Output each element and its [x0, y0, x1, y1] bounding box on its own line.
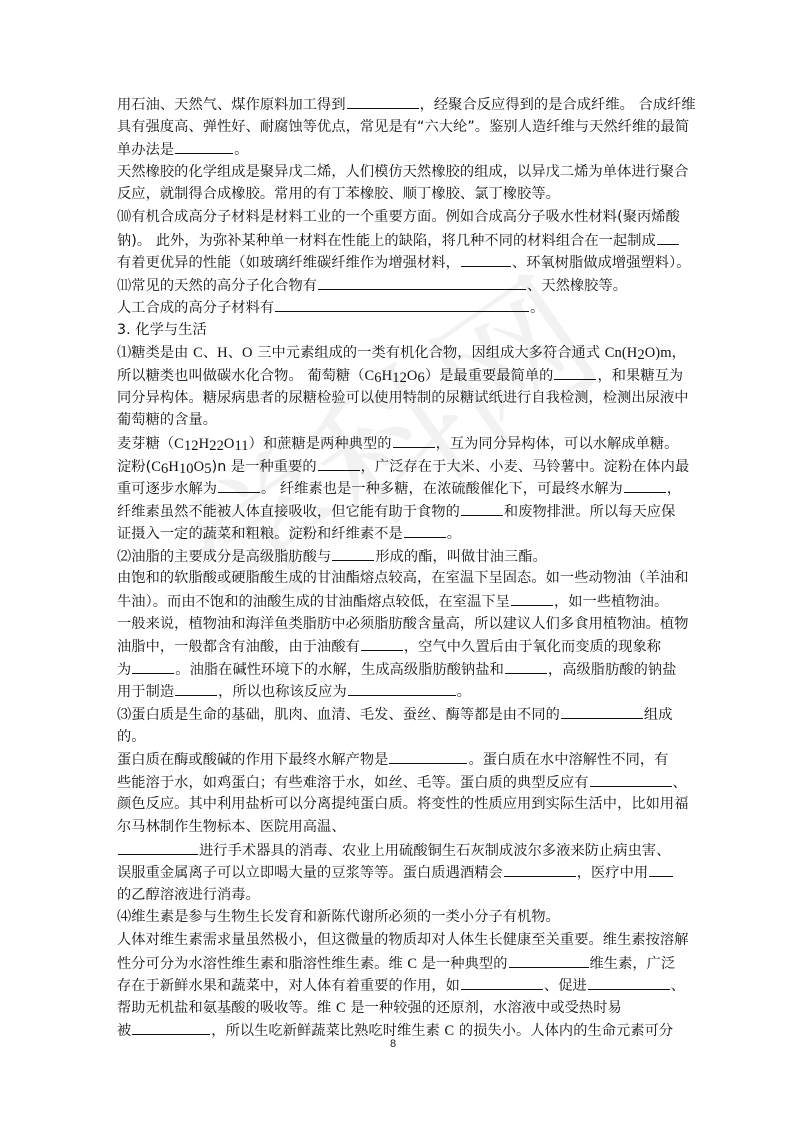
fill-in-blank[interactable] — [361, 635, 403, 651]
text-line: 进行手术器具的消毒、农业上用硫酸铜生石灰制成波尔多液来防止病虫害、 — [117, 839, 677, 862]
fill-in-blank[interactable] — [461, 500, 503, 516]
text-segment: 、 — [203, 345, 217, 361]
text-segment: 人体对维生素需求量虽然极小，但这微量的物质却对人体生长健康至关重要。维生素按溶解 — [117, 932, 689, 948]
formula-text: Cn(H — [605, 345, 638, 361]
fill-in-blank[interactable] — [118, 839, 198, 855]
text-segment: 钠)。 此外，为弥补某种单一材料在性能上的缺陷，将几种不同的材料组合在一起制成 — [117, 233, 656, 249]
text-segment: 是一种较强的还原剂，水溶液中或受热时易 — [346, 1000, 622, 1016]
text-line: 纤维素虽然不能被人体直接吸收，但它能有助于食物的和废物排泄。所以每天应保 — [117, 500, 677, 523]
text-line: 为。油脂在碱性环境下的水解，生成高级脂肪酸钠盐和，高级脂肪酸的钠盐 — [117, 658, 677, 681]
text-segment: 存在于新鲜水果和蔬菜中，对人体有着重要的作用，如 — [117, 978, 460, 994]
text-line: 尔马林制作生物标本、医院用高温、 — [117, 816, 677, 839]
fill-in-blank[interactable] — [511, 590, 553, 606]
text-segment: 的损失小。人体内的生命元素可分 — [454, 1023, 673, 1039]
text-line: 颜色反应。其中利用盐析可以分离提纯蛋白质。将变性的性质应用到实际生活中，比如用福 — [117, 793, 677, 816]
text-segment: 。 — [457, 684, 471, 700]
text-segment: 三中元素组成的一类有机化合物，因组成大多符合通式 — [253, 345, 605, 361]
subscript: 12 — [184, 438, 199, 454]
text-segment: ）是最重要最简单的 — [425, 368, 554, 384]
text-segment: 些能溶于水，如鸡蛋白；有些难溶于水，如丝、毛等。蛋白质的典型反应有 — [117, 775, 589, 791]
formula-text: O — [194, 459, 205, 475]
formula-text: O — [407, 368, 418, 384]
text-line: 有着更优异的性能（如玻璃纤维碳纤维作为增强材料，、环氧树脂做成增强塑料）。 — [117, 251, 677, 274]
formula-text: C — [174, 436, 184, 452]
text-line: 同分异构体。糖尿病患者的尿糖检验可以使用特制的尿糖试纸进行自我检测，检测出尿液中 — [117, 387, 677, 410]
text-segment: ，如一些植物油。 — [554, 594, 668, 610]
text-line: 用于制造，所以也称该反应为。 — [117, 680, 677, 703]
fill-in-blank[interactable] — [588, 974, 670, 990]
text-line: 的。 — [117, 726, 677, 749]
fill-in-blank[interactable] — [561, 703, 643, 719]
text-line: ⑵油脂的主要成分是高级脂肪酸与形成的酯，叫做甘油三酯。 — [117, 545, 677, 568]
formula-text: C — [193, 345, 203, 361]
text-segment: 牛油）。而由不饱和的油酸生成的甘油酯熔点较低，在室温下呈 — [117, 594, 510, 610]
document-page: 学科网 用石油、天然气、煤作原料加工得到，经聚合反应得到的是合成纤维。 合成纤维… — [0, 0, 793, 1122]
text-segment: 的乙醇溶液进行消毒。 — [117, 887, 260, 903]
text-segment: ，经聚合反应得到的是合成纤维。 合成纤维 — [420, 97, 696, 113]
subscript: 22 — [209, 438, 224, 454]
text-segment: 具有强度高、弹性好、耐腐蚀等优点，常见是有“六大纶”。鉴别人造纤维与天然纤维的最… — [117, 119, 689, 135]
text-line: 的乙醇溶液进行消毒。 — [117, 884, 677, 907]
text-segment: ，所以生吃新鲜蔬菜比熟吃时维生素 — [211, 1023, 444, 1039]
subscript: 11 — [235, 438, 249, 454]
text-line: 牛油）。而由不饱和的油酸生成的甘油酯熔点较低，在室温下呈，如一些植物油。 — [117, 590, 677, 613]
fill-in-blank[interactable] — [175, 680, 217, 696]
text-segment: ，广泛存在于大米、小麦、马铃薯中。淀粉在体内最 — [361, 459, 690, 475]
text-segment: 同分异构体。糖尿病患者的尿糖检验可以使用特制的尿糖试纸进行自我检测，检测出尿液中 — [117, 390, 689, 406]
fill-in-blank[interactable] — [509, 952, 589, 968]
fill-in-blank[interactable] — [389, 748, 467, 764]
text-segment: 麦芽糖（ — [117, 436, 174, 452]
text-segment: 组成 — [644, 707, 673, 723]
text-segment: 被 — [117, 1023, 131, 1039]
text-segment: ，空气中久置后由于氧化而变质的现象称 — [404, 639, 661, 655]
text-line: 葡萄糖的含量。 — [117, 409, 677, 432]
text-line: 单办法是。 — [117, 138, 677, 161]
fill-in-blank[interactable] — [132, 658, 174, 674]
text-segment: 天然橡胶的化学组成是聚异戊二烯，人们模仿天然橡胶的组成，以异戊二烯为单体进行聚合 — [117, 164, 689, 180]
text-segment: ， — [672, 345, 686, 361]
formula-text: H — [217, 345, 228, 361]
page-body-text: 用石油、天然气、煤作原料加工得到，经聚合反应得到的是合成纤维。 合成纤维具有强度… — [117, 93, 677, 1042]
fill-in-blank[interactable] — [275, 296, 529, 312]
text-segment: ，互为同分异构体，可以水解成单糖。 — [436, 436, 679, 452]
text-line: 蛋白质在酶或酸碱的作用下最终水解产物是。蛋白质在水中溶解性不同，有 — [117, 748, 677, 771]
text-line: ⑽有机合成高分子材料是材料工业的一个重要方面。例如合成高分子吸水性材料(聚丙烯酸 — [117, 206, 677, 229]
formula-text: H — [168, 459, 179, 475]
text-segment: 用石油、天然气、煤作原料加工得到 — [117, 97, 346, 113]
text-segment: 人工合成的高分子材料有 — [117, 300, 274, 316]
formula-text: O — [242, 345, 253, 361]
text-segment: 重可逐步水解为 — [117, 481, 217, 497]
text-segment: ⑴糖类是由 — [117, 345, 193, 361]
text-line: 重可逐步水解为。 纤维素也是一种多糖，在浓硫酸催化下，可最终水解为， — [117, 477, 677, 500]
page-number: 8 — [390, 1038, 396, 1050]
text-line: 性分可分为水溶性维生素和脂溶性维生素。维 C 是一种典型的维生素，广泛 — [117, 952, 677, 975]
text-segment: )n 是一种重要的 — [212, 459, 317, 475]
text-segment: 维生素，广泛 — [590, 956, 676, 972]
text-segment: 证摄入一定的蔬菜和粗粮。淀粉和纤维素不是 — [117, 526, 403, 542]
text-segment: 反应，就制得合成橡胶。常用的有丁苯橡胶、顺丁橡胶、氯丁橡胶等。 — [117, 186, 560, 202]
text-line: 被，所以生吃新鲜蔬菜比熟吃时维生素 C 的损失小。人体内的生命元素可分 — [117, 1019, 677, 1042]
fill-in-blank[interactable] — [461, 251, 511, 267]
text-segment: 、 — [673, 775, 687, 791]
text-segment: 进行手术器具的消毒、农业上用硫酸铜生石灰制成波尔多液来防止病虫害、 — [199, 843, 671, 859]
fill-in-blank[interactable] — [590, 771, 672, 787]
text-segment: 一般来说，植物油和海洋鱼类脂肪中必须脂肪酸含量高，所以建议人们多食用植物油。植物 — [117, 616, 689, 632]
text-line: ⑴糖类是由 C、H、O 三中元素组成的一类有机化合物，因组成大多符合通式 Cn(… — [117, 342, 677, 365]
text-segment: 单办法是 — [117, 142, 174, 158]
text-segment: 纤维素虽然不能被人体直接吸收，但它能有助于食物的 — [117, 504, 460, 520]
fill-in-blank[interactable] — [318, 274, 526, 290]
text-segment: ，医疗中用 — [577, 865, 648, 881]
text-line: 用石油、天然气、煤作原料加工得到，经聚合反应得到的是合成纤维。 合成纤维 — [117, 93, 677, 116]
subscript: 2 — [637, 347, 644, 363]
formula-text: C — [336, 1000, 346, 1016]
text-line: 麦芽糖（C12H22O11）和蔗糖是两种典型的，互为同分异构体，可以水解成单糖。 — [117, 432, 677, 455]
text-segment: 形成的酯，叫做甘油三酯。 — [375, 549, 546, 565]
text-line: 天然橡胶的化学组成是聚异戊二烯，人们模仿天然橡胶的组成，以异戊二烯为单体进行聚合 — [117, 161, 677, 184]
text-segment: 性分可分为水溶性维生素和脂溶性维生素。维 — [117, 956, 407, 972]
text-segment: ）和蔗糖是两种典型的 — [249, 436, 392, 452]
text-segment: 。 — [234, 142, 248, 158]
text-segment: ⑷维生素是参与生物生长发育和新陈代谢所必须的一类小分子有机物。 — [117, 909, 560, 925]
fill-in-blank[interactable] — [332, 545, 374, 561]
text-line: 具有强度高、弹性好、耐腐蚀等优点，常见是有“六大纶”。鉴别人造纤维与天然纤维的最… — [117, 116, 677, 139]
text-segment: 3. 化学与生活 — [117, 322, 207, 338]
text-line: ⑶蛋白质是生命的基础，肌肉、血清、毛发、蚕丝、酶等都是由不同的组成 — [117, 703, 677, 726]
text-line: 油脂中，一般都含有油酸，由于油酸有，空气中久置后由于氧化而变质的现象称 — [117, 635, 677, 658]
text-segment: 。蛋白质在水中溶解性不同，有 — [468, 752, 668, 768]
text-segment: 、 — [671, 978, 685, 994]
formula-text: O — [224, 436, 235, 452]
text-segment: ，高级脂肪酸的钠盐 — [548, 662, 677, 678]
fill-in-blank[interactable] — [175, 138, 233, 154]
text-segment: 、天然橡胶等。 — [527, 278, 627, 294]
fill-in-blank[interactable] — [347, 93, 419, 109]
text-segment: 油脂中，一般都含有油酸，由于油酸有 — [117, 639, 360, 655]
text-line: 淀粉(C6H10O5)n 是一种重要的，广泛存在于大米、小麦、马铃薯中。淀粉在体… — [117, 455, 677, 478]
text-segment: 、 — [228, 345, 242, 361]
text-line: 钠)。 此外，为弥补某种单一材料在性能上的缺陷，将几种不同的材料组合在一起制成 — [117, 229, 677, 252]
formula-text: C — [365, 368, 375, 384]
text-segment: ⑾常见的天然的高分子化合物有 — [117, 278, 317, 294]
text-segment: 。 — [447, 526, 461, 542]
text-segment: 。 纤维素也是一种多糖，在浓硫酸催化下，可最终水解为 — [261, 481, 623, 497]
text-line: 些能溶于水，如鸡蛋白；有些难溶于水，如丝、毛等。蛋白质的典型反应有、 — [117, 771, 677, 794]
fill-in-blank[interactable] — [505, 658, 547, 674]
text-segment: 所以糖类也叫做碳水化合物。 葡萄糖（ — [117, 368, 365, 384]
text-segment: 帮助无机盐和氨基酸的吸收等。维 — [117, 1000, 336, 1016]
text-segment: 尔马林制作生物标本、医院用高温、 — [117, 819, 346, 835]
text-segment: 的。 — [117, 729, 146, 745]
fill-in-blank[interactable] — [461, 974, 543, 990]
fill-in-blank[interactable] — [318, 455, 360, 471]
text-line: 3. 化学与生活 — [117, 319, 677, 342]
fill-in-blank[interactable] — [348, 680, 456, 696]
text-segment: ⑶蛋白质是生命的基础，肌肉、血清、毛发、蚕丝、酶等都是由不同的 — [117, 707, 560, 723]
fill-in-blank[interactable] — [218, 477, 260, 493]
text-segment: 。 — [530, 300, 544, 316]
fill-in-blank[interactable] — [554, 364, 596, 380]
fill-in-blank[interactable] — [132, 1019, 210, 1035]
text-line: 存在于新鲜水果和蔬菜中，对人体有着重要的作用，如、促进、 — [117, 974, 677, 997]
formula-text: H — [382, 368, 393, 384]
text-segment: 、促进 — [544, 978, 587, 994]
text-segment: 为 — [117, 662, 131, 678]
subscript: 6 — [374, 370, 381, 386]
text-segment: 有着更优异的性能（如玻璃纤维碳纤维作为增强材料， — [117, 255, 460, 271]
text-segment: 用于制造 — [117, 684, 174, 700]
subscript: 6 — [418, 370, 425, 386]
formula-text: H — [199, 436, 210, 452]
text-line: 反应，就制得合成橡胶。常用的有丁苯橡胶、顺丁橡胶、氯丁橡胶等。 — [117, 183, 677, 206]
text-segment: 由饱和的软脂酸或硬脂酸生成的甘油酯熔点较高，在室温下呈固态。如一些动物油（羊油和 — [117, 570, 689, 586]
subscript: 10 — [179, 461, 194, 477]
text-line: 所以糖类也叫做碳水化合物。 葡萄糖（C6H12O6）是最重要最简单的，和果糖互为 — [117, 364, 677, 387]
fill-in-blank[interactable] — [404, 522, 446, 538]
fill-in-blank[interactable] — [649, 861, 673, 877]
text-segment: ，所以也称该反应为 — [218, 684, 347, 700]
formula-text: C — [445, 1023, 455, 1039]
fill-in-blank[interactable] — [657, 229, 679, 245]
text-line: 人体对维生素需求量虽然极小，但这微量的物质却对人体生长健康至关重要。维生素按溶解 — [117, 929, 677, 952]
text-segment: 葡萄糖的含量。 — [117, 412, 217, 428]
text-line: 误服重金属离子可以立即喝大量的豆浆等等。蛋白质遇酒精会，医疗中用 — [117, 861, 677, 884]
fill-in-blank[interactable] — [624, 477, 666, 493]
text-line: 由饱和的软脂酸或硬脂酸生成的甘油酯熔点较高，在室温下呈固态。如一些动物油（羊油和 — [117, 567, 677, 590]
text-line: 证摄入一定的蔬菜和粗粮。淀粉和纤维素不是。 — [117, 522, 677, 545]
text-segment: 颜色反应。其中利用盐析可以分离提纯蛋白质。将变性的性质应用到实际生活中，比如用福 — [117, 796, 689, 812]
fill-in-blank[interactable] — [504, 861, 576, 877]
text-line: 人工合成的高分子材料有。 — [117, 296, 677, 319]
text-line: 帮助无机盐和氨基酸的吸收等。维 C 是一种较强的还原剂，水溶液中或受热时易 — [117, 997, 677, 1020]
formula-text: C — [407, 956, 417, 972]
text-segment: 是一种典型的 — [417, 956, 507, 972]
subscript: 5 — [204, 461, 211, 477]
text-segment: ，和果糖互为 — [597, 368, 683, 384]
text-line: 一般来说，植物油和海洋鱼类脂肪中必须脂肪酸含量高，所以建议人们多食用植物油。植物 — [117, 613, 677, 636]
text-line: ⑾常见的天然的高分子化合物有、天然橡胶等。 — [117, 274, 677, 297]
fill-in-blank[interactable] — [393, 432, 435, 448]
text-segment: ⑽有机合成高分子材料是材料工业的一个重要方面。例如合成高分子吸水性材料(聚丙烯酸 — [117, 209, 680, 225]
formula-text: C — [151, 459, 161, 475]
text-segment: 、环氧树脂做成增强塑料）。 — [512, 255, 691, 271]
text-line: ⑷维生素是参与生物生长发育和新陈代谢所必须的一类小分子有机物。 — [117, 906, 677, 929]
subscript: 12 — [392, 370, 407, 386]
text-segment: ， — [667, 481, 681, 497]
text-segment: 。油脂在碱性环境下的水解，生成高级脂肪酸钠盐和 — [175, 662, 504, 678]
text-segment: 蛋白质在酶或酸碱的作用下最终水解产物是 — [117, 752, 388, 768]
text-segment: 误服重金属离子可以立即喝大量的豆浆等等。蛋白质遇酒精会 — [117, 865, 503, 881]
text-segment: 淀粉( — [117, 459, 151, 475]
text-segment: 和废物排泄。所以每天应保 — [504, 504, 675, 520]
text-segment: ⑵油脂的主要成分是高级脂肪酸与 — [117, 549, 331, 565]
formula-text: O)m — [645, 345, 672, 361]
